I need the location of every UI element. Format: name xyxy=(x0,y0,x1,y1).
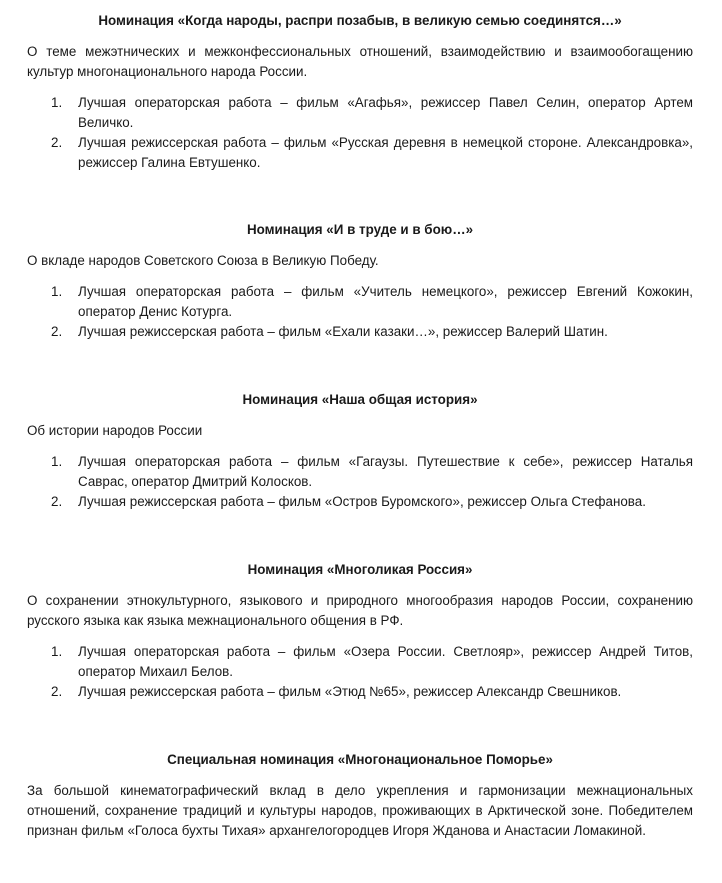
nomination-heading: Номинация «Наша общая история» xyxy=(27,390,693,410)
award-text: Лучшая режиссерская работа – фильм «Остр… xyxy=(78,494,646,509)
nomination-description: За большой кинематографический вклад в д… xyxy=(27,781,693,841)
award-text: Лучшая операторская работа – фильм «Озер… xyxy=(78,644,693,679)
award-text: Лучшая операторская работа – фильм «Гага… xyxy=(78,454,693,489)
nomination-heading: Номинация «Многоликая Россия» xyxy=(27,560,693,580)
nomination-description: Об истории народов России xyxy=(27,421,693,441)
award-item: 1. Лучшая операторская работа – фильм «Г… xyxy=(27,452,693,492)
awards-list: 1. Лучшая операторская работа – фильм «Г… xyxy=(27,452,693,512)
nomination-description: О теме межэтнических и межконфессиональн… xyxy=(27,42,693,82)
nomination-description: О сохранении этнокультурного, языкового … xyxy=(27,591,693,631)
award-item: 1. Лучшая операторская работа – фильм «У… xyxy=(27,282,693,322)
award-number: 2. xyxy=(51,492,62,512)
award-item: 2. Лучшая режиссерская работа – фильм «Э… xyxy=(27,682,693,702)
award-number: 1. xyxy=(51,93,62,113)
award-item: 1. Лучшая операторская работа – фильм «О… xyxy=(27,642,693,682)
award-text: Лучшая режиссерская работа – фильм «Этюд… xyxy=(78,684,621,699)
award-number: 2. xyxy=(51,322,62,342)
award-item: 2. Лучшая режиссерская работа – фильм «О… xyxy=(27,492,693,512)
award-number: 1. xyxy=(51,452,62,472)
award-item: 2. Лучшая режиссерская работа – фильм «Р… xyxy=(27,133,693,173)
nomination-section: Номинация «Наша общая история» Об истори… xyxy=(27,390,693,512)
award-item: 1. Лучшая операторская работа – фильм «А… xyxy=(27,93,693,133)
nomination-heading: Специальная номинация «Многонациональное… xyxy=(27,750,693,770)
nomination-heading: Номинация «Когда народы, распри позабыв,… xyxy=(27,11,693,31)
award-number: 1. xyxy=(51,642,62,662)
award-item: 2. Лучшая режиссерская работа – фильм «Е… xyxy=(27,322,693,342)
award-text: Лучшая операторская работа – фильм «Агаф… xyxy=(78,95,693,130)
award-text: Лучшая режиссерская работа – фильм «Русс… xyxy=(78,135,693,170)
award-text: Лучшая режиссерская работа – фильм «Ехал… xyxy=(78,324,608,339)
nomination-section: Номинация «Когда народы, распри позабыв,… xyxy=(27,11,693,173)
nomination-heading: Номинация «И в труде и в бою…» xyxy=(27,220,693,240)
award-number: 2. xyxy=(51,682,62,702)
nomination-section: Номинация «Многоликая Россия» О сохранен… xyxy=(27,560,693,702)
awards-list: 1. Лучшая операторская работа – фильм «А… xyxy=(27,93,693,173)
awards-list: 1. Лучшая операторская работа – фильм «О… xyxy=(27,642,693,702)
award-text: Лучшая операторская работа – фильм «Учит… xyxy=(78,284,693,319)
special-nomination-section: Специальная номинация «Многонациональное… xyxy=(27,750,693,841)
award-number: 1. xyxy=(51,282,62,302)
nomination-section: Номинация «И в труде и в бою…» О вкладе … xyxy=(27,220,693,342)
nomination-description: О вкладе народов Советского Союза в Вели… xyxy=(27,251,693,271)
awards-list: 1. Лучшая операторская работа – фильм «У… xyxy=(27,282,693,342)
award-number: 2. xyxy=(51,133,62,153)
